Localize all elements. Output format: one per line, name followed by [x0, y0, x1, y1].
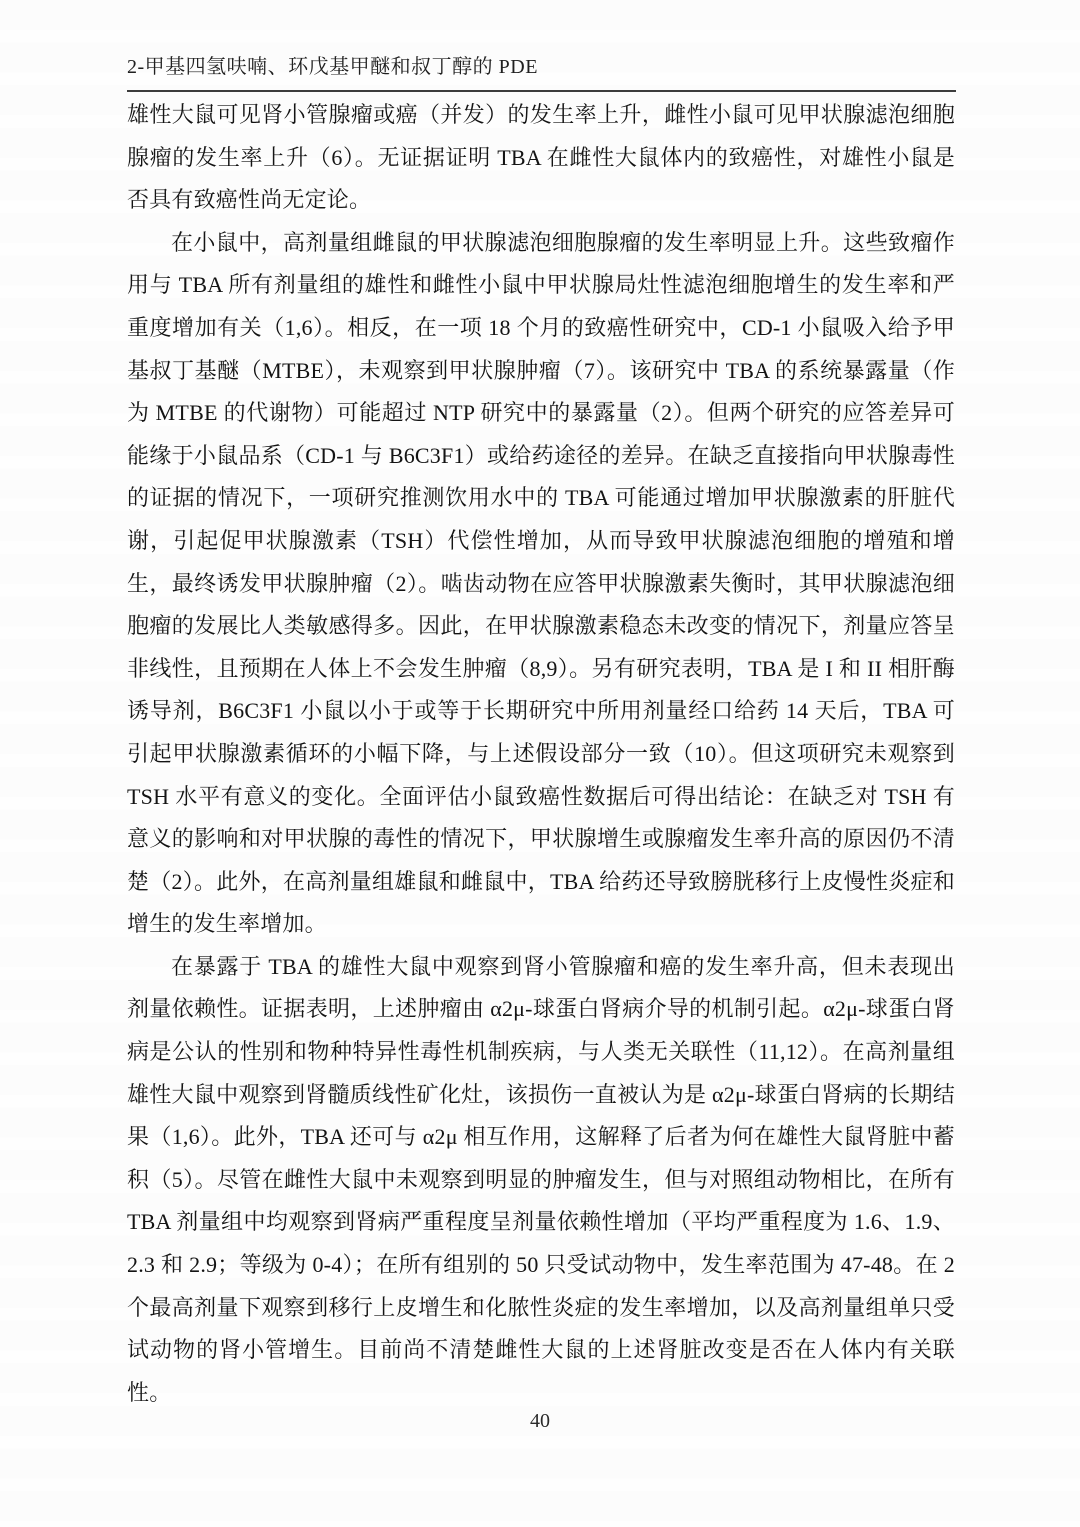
- page-number: 40: [530, 1410, 550, 1432]
- running-header-title: 2-甲基四氢呋喃、环戊基甲醚和叔丁醇的 PDE: [127, 56, 538, 78]
- paragraph-mouse-findings: 在小鼠中，高剂量组雌鼠的甲状腺滤泡细胞腺瘤的发生率明显上升。这些致瘤作用与 TB…: [127, 222, 955, 946]
- paragraph-continuation: 雄性大鼠可见肾小管腺瘤或癌（并发）的发生率上升，雌性小鼠可见甲状腺滤泡细胞腺瘤的…: [127, 94, 955, 222]
- page-footer: 40: [0, 1410, 1080, 1433]
- running-header: 2-甲基四氢呋喃、环戊基甲醚和叔丁醇的 PDE: [127, 54, 956, 92]
- document-page: 2-甲基四氢呋喃、环戊基甲醚和叔丁醇的 PDE 雄性大鼠可见肾小管腺瘤或癌（并发…: [0, 0, 1080, 1527]
- paragraph-rat-findings: 在暴露于 TBA 的雄性大鼠中观察到肾小管腺瘤和癌的发生率升高，但未表现出剂量依…: [127, 946, 955, 1415]
- document-body: 雄性大鼠可见肾小管腺瘤或癌（并发）的发生率上升，雌性小鼠可见甲状腺滤泡细胞腺瘤的…: [127, 94, 955, 1414]
